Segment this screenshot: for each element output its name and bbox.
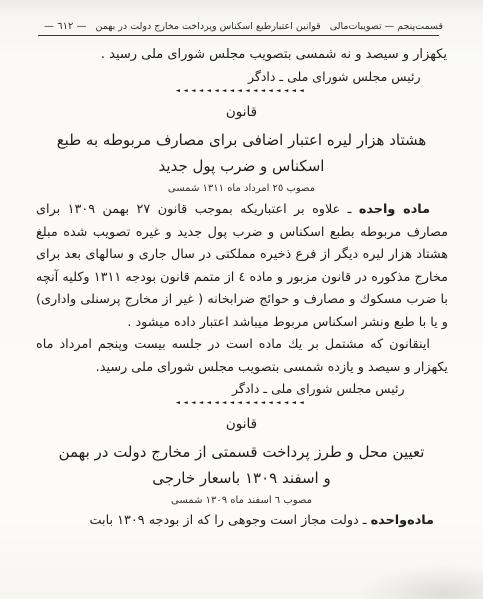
continuation-line: یکهزار و سیصد و نه شمسی بتصویب مجلس شورا…: [38, 45, 447, 65]
law1-kicker: قانون: [0, 104, 483, 120]
law2-article-label: ماده‌واحده: [371, 513, 434, 528]
law2-article-text: ـ دولت مجاز است وجوهی را که از بودجه ١٣٠…: [89, 513, 370, 528]
law1-approval-line: مصوب ٢٥ امرداد ماه ١٣١١ شمسی: [0, 183, 483, 194]
law1-title-line1: هشتاد هزار لیره اعتبار اضافی برای مصارف …: [0, 129, 483, 151]
speaker-signature-1: رئیس مجلس شورای ملی ـ دادگر: [0, 69, 425, 84]
law2-kicker: قانون: [0, 416, 483, 432]
header-chapter-title: قوانین اعتبارطبع اسکناس وپرداخت مخارج دو…: [96, 21, 321, 32]
law2-article-paragraph: ماده‌واحده ـ دولت مجاز است وجوهی را که ا…: [36, 510, 448, 532]
header-section-label: قسمت‌پنجم — تصویبات‌مالی: [330, 21, 443, 32]
law2-approval-line: مصوب ٦ اسفند ماه ١٣٠٩ شمسی: [0, 495, 483, 506]
law1-article-paragraph: ماده واحده ـ علاوه بر اعتباریکه بموجب قا…: [36, 199, 448, 334]
law2-title-line2: و اسفند ١٣٠٩ باسعار خارجی: [0, 467, 483, 489]
scanned-gazette-page: قسمت‌پنجم — تصویبات‌مالی قوانین اعتبارطب…: [0, 0, 483, 599]
law1-title-line2: اسکناس و ضرب پول جدید: [0, 155, 483, 177]
law2-title-line1: تعیین محل و طرز پرداخت قسمتی از مخارج دو…: [0, 441, 483, 463]
law1-article-text: ـ علاوه بر اعتباریکه بموجب قانون ٢٧ بهمن…: [36, 202, 448, 330]
running-header: قسمت‌پنجم — تصویبات‌مالی قوانین اعتبارطب…: [44, 21, 443, 32]
speaker-signature-2: رئیس مجلس شورای ملی ـ دادگر: [0, 381, 425, 396]
ornament-divider-2: ◄◄◄◄◄◄◄◄◄◄◄◄◄◄◄◄◄: [0, 399, 483, 407]
header-page-number: — ٦١٢ —: [44, 21, 87, 32]
ornament-divider-1: ◄◄◄◄◄◄◄◄◄◄◄◄◄◄◄◄◄: [0, 87, 483, 95]
header-rule: [38, 35, 439, 36]
law1-closing-paragraph: اینقانون که مشتمل بر یك ماده است در جلسه…: [36, 334, 448, 379]
law1-article-label: ماده واحده: [359, 202, 430, 217]
